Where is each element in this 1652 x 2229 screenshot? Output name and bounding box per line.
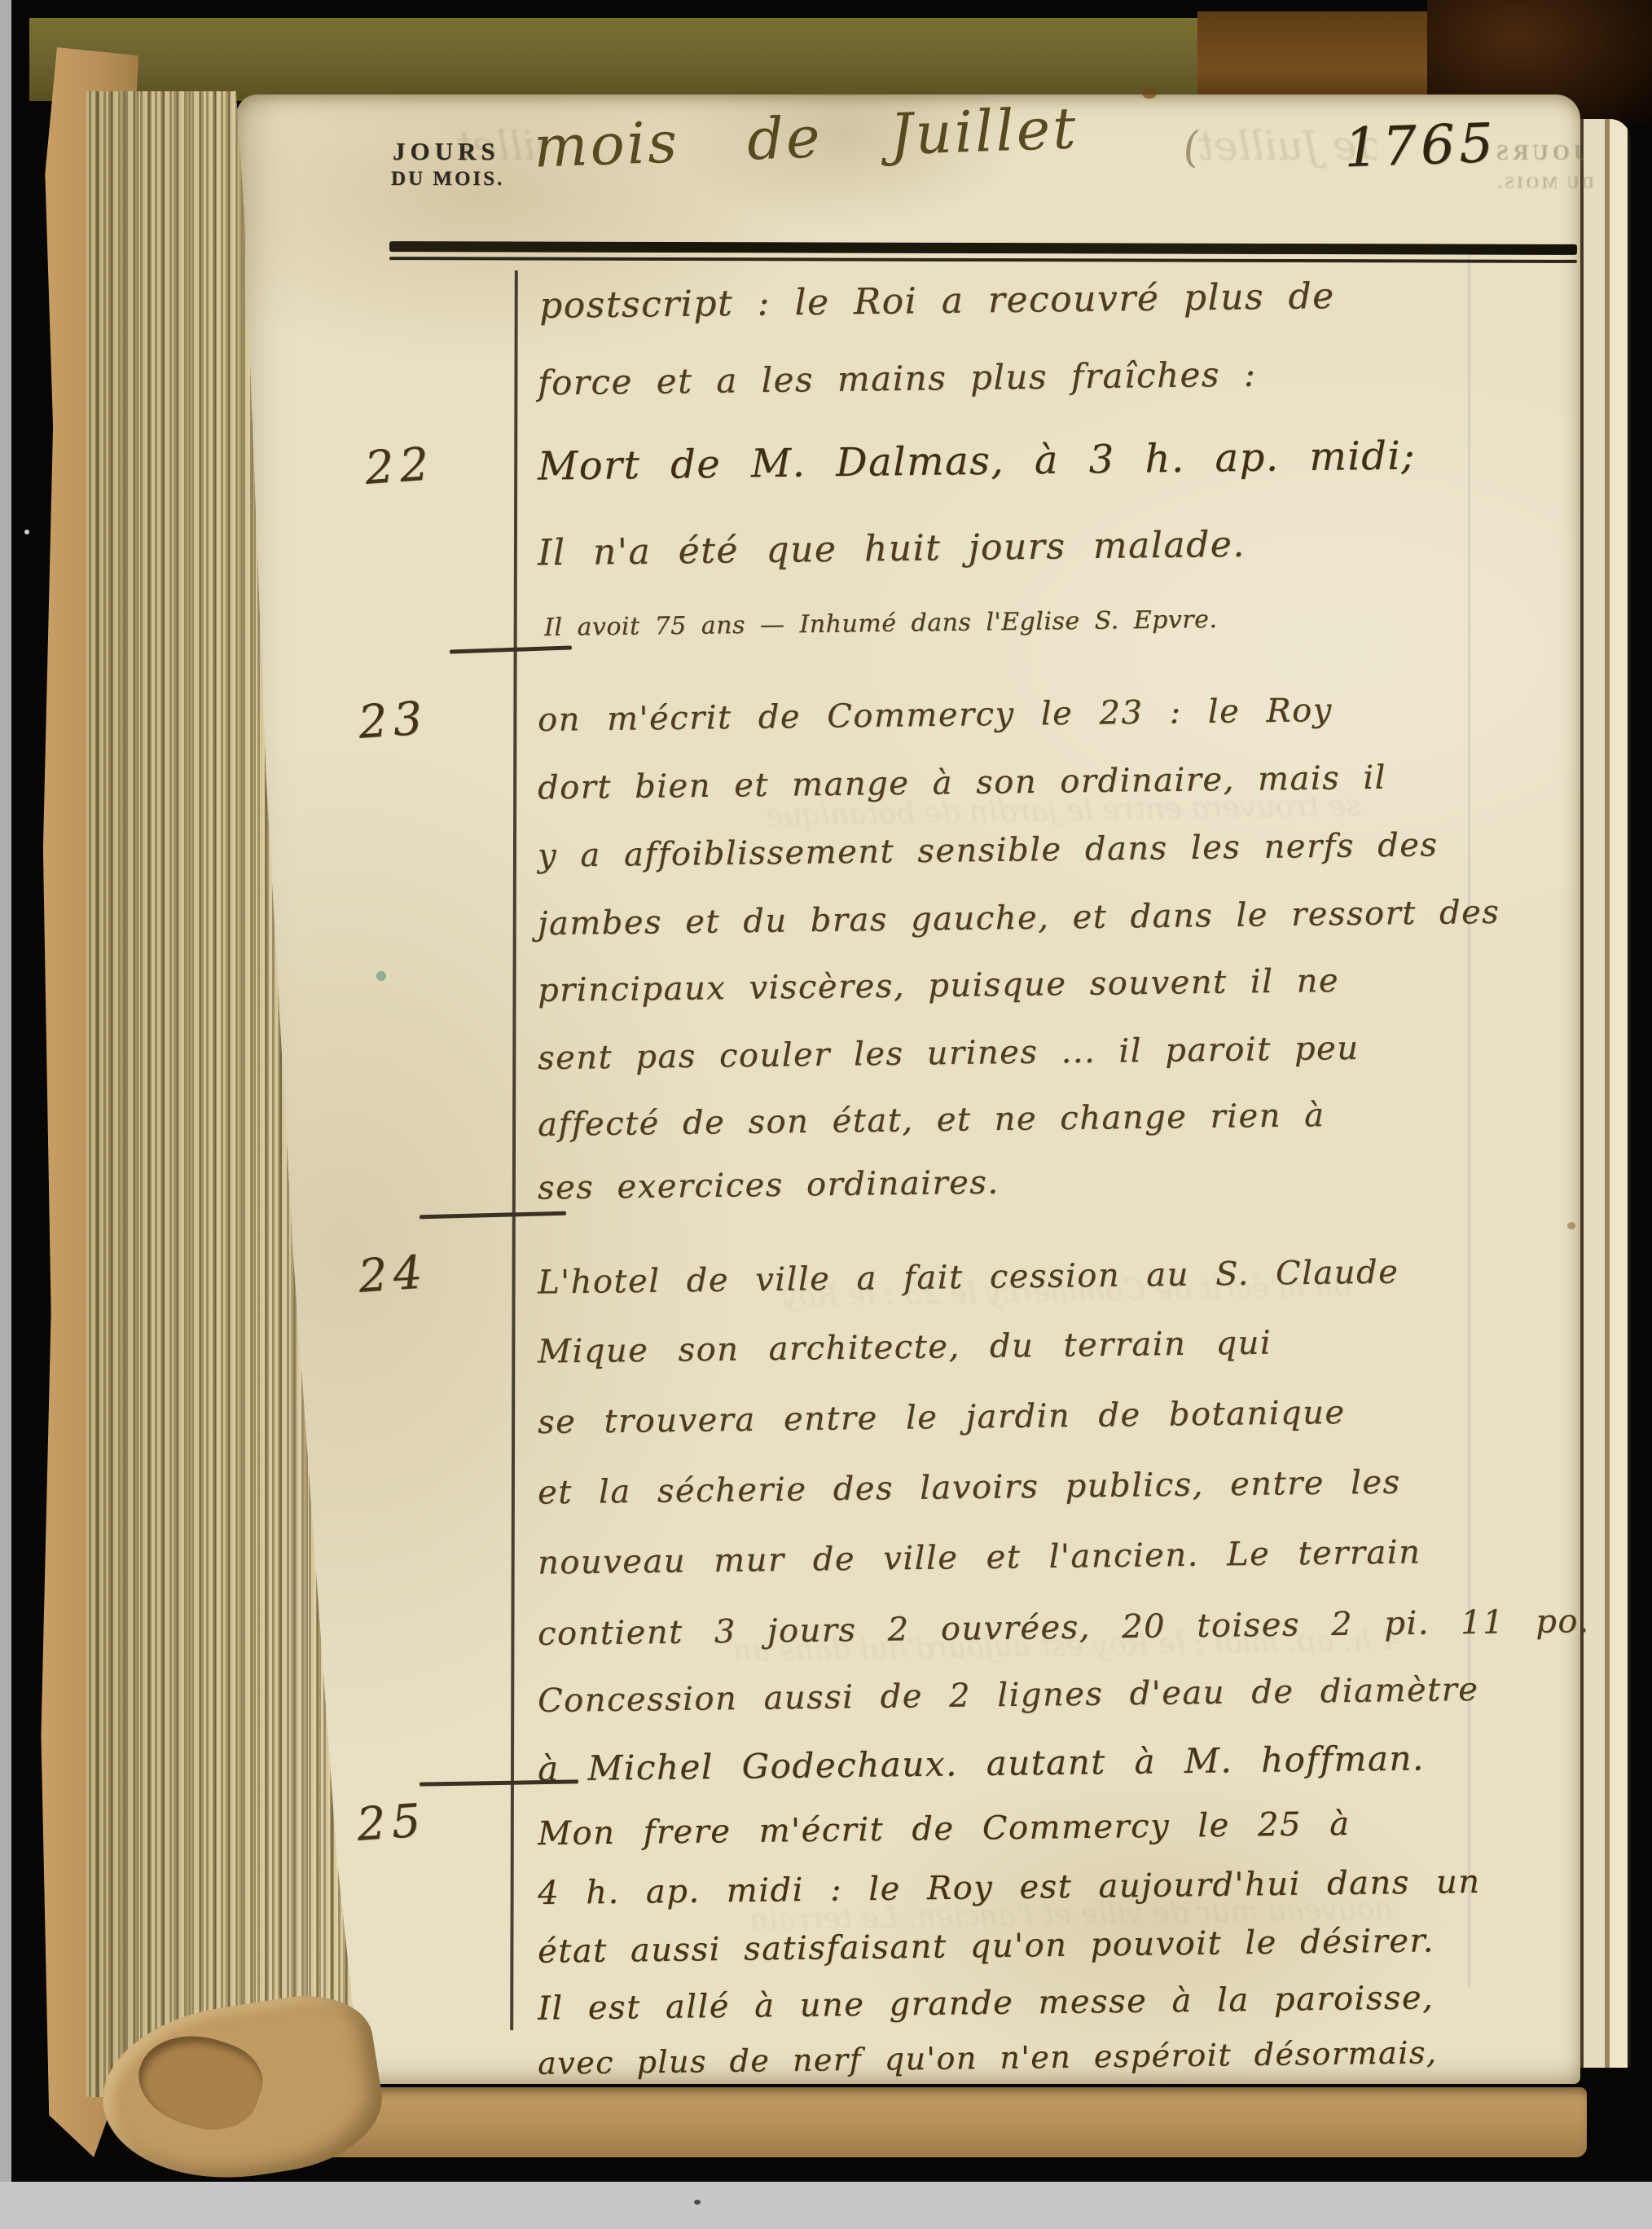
header-year: 1765 xyxy=(1343,112,1499,180)
bleed-through-mark: mois de Juillet xyxy=(456,122,546,196)
manuscript-scan: JOURS DU MOIS. JOURS DU MOIS. mois de Ju… xyxy=(0,0,1652,2229)
day-number: 24 xyxy=(357,1246,430,1304)
day-number: 22 xyxy=(363,437,437,495)
dust-speck xyxy=(694,2200,701,2205)
stain-speck xyxy=(376,971,386,981)
stain-speck xyxy=(1567,1222,1575,1229)
dust-speck xyxy=(24,530,29,534)
bleed-through-jours: JOURS xyxy=(1492,140,1585,165)
scanner-bed-left-strip xyxy=(0,0,11,2229)
page-stack-right-edge xyxy=(1580,119,1631,2068)
scanner-bed-bottom-strip xyxy=(0,2182,1652,2229)
entry-line: Il n'a été que huit jours malade. xyxy=(538,524,1246,574)
bleed-through-du-mois: DU MOIS. xyxy=(1496,173,1594,193)
page-crease-line xyxy=(1468,253,1470,1988)
header-rule-thick xyxy=(389,241,1577,255)
book-top-edge xyxy=(29,18,1212,101)
day-number: 25 xyxy=(355,1794,428,1852)
entry-line: ses exercices ordinaires. xyxy=(538,1164,1000,1207)
day-number: 23 xyxy=(357,692,430,750)
header-double-rule xyxy=(389,241,1577,263)
stain-speck xyxy=(1142,88,1157,99)
